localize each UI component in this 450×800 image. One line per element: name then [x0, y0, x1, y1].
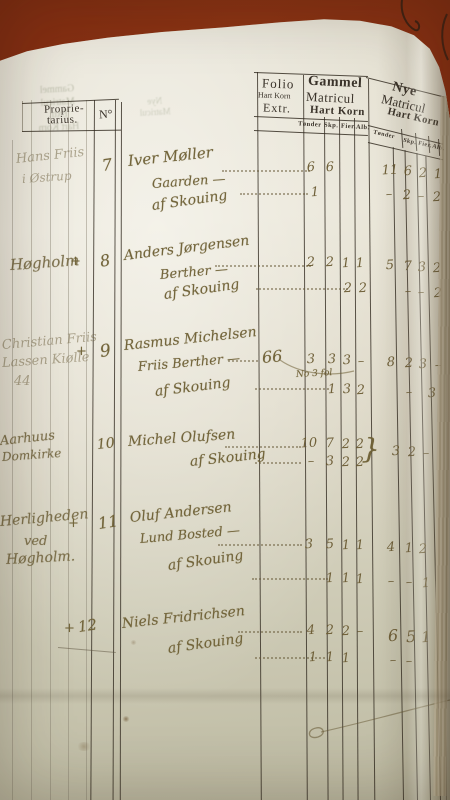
showthrough-line: Matricul [120, 105, 190, 120]
subcolumn-toender: Tønder [298, 120, 322, 128]
owner-name: af Skouing [167, 548, 244, 574]
annotation: No 3 fol [296, 368, 333, 380]
column-rule [257, 72, 262, 800]
pencil-guide [86, 100, 87, 800]
owner-name: af Skouing [154, 375, 231, 400]
ledger-page: Gammel Matricul Extr. Hart Korn Nye Matr… [0, 0, 450, 800]
column-header-proprietarius: tarius. [47, 113, 78, 126]
row-number: 8 [98, 250, 111, 270]
proprietor-name: Høgholm. [6, 548, 76, 568]
owner-name: Rasmus Michelsen [123, 324, 257, 354]
dotted-leader [225, 446, 301, 448]
cross-mark: + [68, 516, 79, 531]
photograph-of-ledger: Gammel Matricul Extr. Hart Korn Nye Matr… [0, 0, 450, 800]
cross-mark: + [64, 621, 75, 636]
owner-name: af Skouing [189, 446, 266, 470]
hartkorn-value: 2 [413, 541, 434, 557]
hartkorn-value: – [301, 453, 322, 469]
proprietor-name: Domkirke [2, 446, 62, 464]
folio-number: 66 [261, 346, 283, 367]
subcolumn-fier: Fier. [341, 123, 356, 131]
pencil-guide [12, 140, 13, 800]
dotted-leader [252, 578, 328, 580]
hartkorn-value: 3 [299, 536, 320, 552]
column-header-no: N° [99, 107, 113, 123]
column-rule [393, 147, 404, 800]
hartkorn-value: 1 [305, 184, 326, 200]
cross-mark: + [70, 254, 81, 269]
hartkorn-value: 1 [416, 575, 437, 591]
column-rule [416, 153, 431, 800]
owner-name: Friis Berther — [137, 351, 240, 375]
hartkorn-value: 2 [301, 254, 322, 270]
ink-stain [122, 716, 130, 722]
ink-stain [130, 640, 137, 645]
owner-name: af Skouing [167, 631, 244, 657]
pencil-guide [68, 100, 69, 800]
column-header-folio: Hart Korn [258, 90, 291, 100]
dotted-leader [240, 193, 308, 195]
row-number: 11 [97, 511, 120, 533]
dotted-leader [256, 288, 348, 290]
owner-name: Anders Jørgensen [123, 233, 250, 264]
subcolumn-fier: Fier. [418, 140, 433, 149]
hartkorn-value: – [416, 445, 437, 461]
hartkorn-value: 10 [299, 435, 320, 451]
dotted-leader [238, 631, 302, 633]
hartkorn-value: 2 [351, 382, 372, 398]
subcolumn-skp: Skp. [324, 122, 339, 130]
column-header-gammel: Hart Korn [310, 104, 365, 118]
owner-name: Oluf Andersen [129, 499, 232, 526]
dotted-leader [218, 544, 302, 546]
hartkorn-value: 3 [301, 351, 322, 367]
cross-mark: + [76, 344, 87, 359]
hartkorn-value: 2 [353, 280, 374, 296]
column-rule [405, 150, 418, 800]
row-number: 7 [101, 155, 114, 175]
hartkorn-value: 1 [350, 537, 371, 553]
hartkorn-value: – [351, 353, 372, 369]
dotted-leader [255, 462, 301, 464]
dotted-leader [255, 388, 329, 390]
hartkorn-value: – [399, 384, 420, 400]
hartkorn-value: 1 [416, 627, 437, 646]
dotted-leader [228, 360, 258, 362]
proprietor-name: ved [24, 534, 47, 549]
hartkorn-value: – [399, 653, 420, 669]
row-number: 12 [77, 615, 98, 635]
hartkorn-value: 6 [320, 159, 341, 175]
hartkorn-value: 1 [336, 650, 357, 666]
owner-name: Iver Møller [127, 143, 214, 170]
row-number: 10 [96, 435, 115, 453]
owner-name: Michel Olufsen [127, 427, 235, 450]
showthrough-text: Nye Matricul [119, 94, 190, 120]
brace-mark: } [361, 432, 380, 466]
column-header-folio: Extr. [263, 101, 292, 117]
hartkorn-value: 1 [350, 255, 371, 271]
header-rule [22, 101, 23, 132]
column-rule [90, 100, 95, 800]
subcolumn-alb: Alb. [356, 124, 370, 132]
proprietor-name: i Østrup [22, 169, 72, 186]
dotted-leader [222, 170, 310, 172]
dotted-leader [215, 265, 311, 267]
hartkorn-value: – [350, 623, 371, 639]
row-number: 9 [99, 341, 113, 362]
hartkorn-value: 6 [301, 159, 322, 175]
owner-name: af Skouing [151, 188, 228, 214]
proprietor-name: 44 [14, 374, 31, 389]
header-rule [254, 130, 368, 136]
hartkorn-value: 4 [301, 622, 322, 638]
hartkorn-value: 1 [350, 571, 371, 587]
owner-name: Niels Fridrichsen [121, 603, 245, 632]
column-rule [120, 102, 122, 800]
